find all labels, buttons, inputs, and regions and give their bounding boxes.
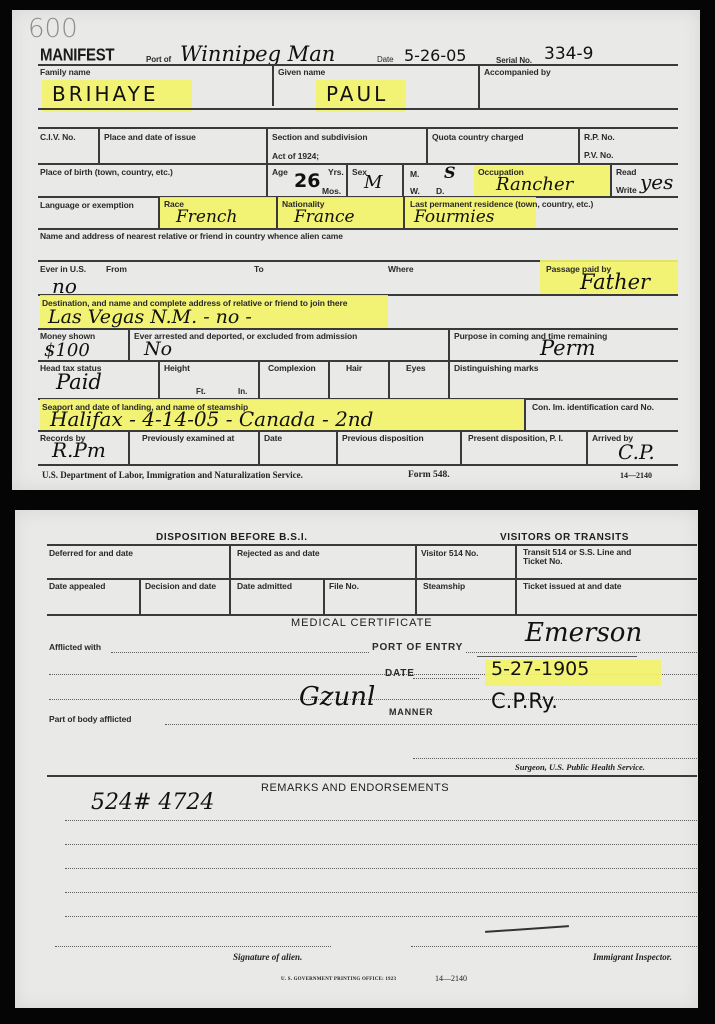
deferred-label: Deferred for and date bbox=[49, 549, 133, 558]
yrs-label: Yrs. bbox=[328, 168, 344, 177]
manner-value: C.P.Ry. bbox=[491, 691, 558, 712]
height-label: Height bbox=[164, 364, 190, 373]
family-name-label: Family name bbox=[40, 68, 90, 77]
marks-label: Distinguishing marks bbox=[454, 364, 538, 373]
signature-alien-label: Signature of alien. bbox=[233, 952, 302, 962]
age-value: 26 bbox=[294, 172, 320, 191]
marital-w-label: W. bbox=[410, 187, 420, 196]
remarks-value: 524# 4724 bbox=[91, 792, 214, 814]
back-footer-code: 14—2140 bbox=[435, 974, 467, 983]
complexion-label: Complexion bbox=[268, 364, 316, 373]
read-label: Read bbox=[616, 168, 636, 177]
last-residence-value: Fourmies bbox=[414, 209, 495, 226]
head-tax-value: Paid bbox=[56, 372, 102, 393]
footer-form-number: Form 548. bbox=[408, 470, 450, 480]
port-label: Port of bbox=[146, 56, 171, 64]
manifest-title: MANIFEST bbox=[40, 45, 114, 65]
date-label: DATE bbox=[385, 669, 415, 679]
footer-code: 14—2140 bbox=[620, 471, 652, 480]
visitor-514-label: Visitor 514 No. bbox=[421, 549, 478, 558]
age-label: Age bbox=[272, 168, 288, 177]
footer-department: U.S. Department of Labor, Immigration an… bbox=[42, 470, 303, 480]
afflicted-label: Afflicted with bbox=[49, 643, 101, 652]
inspector-label: Immigrant Inspector. bbox=[593, 952, 672, 962]
present-disposition-label: Present disposition, P. I. bbox=[468, 434, 563, 443]
eyes-label: Eyes bbox=[406, 364, 425, 373]
con-im-label: Con. Im. identification card No. bbox=[532, 403, 654, 412]
arrived-by-value: C.P. bbox=[618, 442, 655, 462]
rejected-label: Rejected as and date bbox=[237, 549, 320, 558]
date-value: 5-27-1905 bbox=[491, 660, 589, 679]
port-of-entry-label: PORT OF ENTRY bbox=[370, 643, 465, 653]
mos-label: Mos. bbox=[322, 187, 341, 196]
nationality-value: France bbox=[294, 209, 355, 226]
write-label: Write bbox=[616, 186, 637, 195]
file-no-label: File No. bbox=[329, 582, 359, 591]
language-label: Language or exemption bbox=[40, 201, 134, 210]
date2-label: Date bbox=[264, 434, 282, 443]
serial-value: 334-9 bbox=[544, 46, 593, 63]
pv-no-label: P.V. No. bbox=[584, 151, 613, 160]
hair-label: Hair bbox=[346, 364, 362, 373]
visitors-header: VISITORS OR TRANSITS bbox=[500, 532, 629, 543]
marital-s-mark: S bbox=[444, 165, 456, 181]
port-of-entry-value: Emerson bbox=[525, 620, 642, 646]
purpose-value: Perm bbox=[540, 338, 596, 359]
ever-in-us-label: Ever in U.S. bbox=[40, 265, 86, 274]
prev-disposition-label: Previous disposition bbox=[342, 434, 424, 443]
marital-m-label: M. bbox=[410, 170, 419, 179]
occupation-value: Rancher bbox=[496, 176, 573, 194]
decision-label: Decision and date bbox=[145, 582, 216, 591]
accompanied-by-label: Accompanied by bbox=[484, 68, 551, 77]
place-date-issue-label: Place and date of issue bbox=[104, 133, 196, 142]
body-part-label: Part of body afflicted bbox=[49, 715, 131, 724]
to-label: To bbox=[254, 265, 264, 274]
date-label: Date bbox=[377, 56, 394, 64]
family-name-value: BRIHAYE bbox=[52, 84, 159, 104]
arrested-value: No bbox=[144, 340, 172, 359]
seaport-value: Halifax - 4-14-05 - Canada - 2nd bbox=[50, 409, 374, 429]
disposition-header: DISPOSITION BEFORE B.S.I. bbox=[156, 532, 308, 543]
birthplace-label: Place of birth (town, country, etc.) bbox=[40, 168, 173, 177]
money-value: $100 bbox=[44, 342, 90, 360]
medical-header: MEDICAL CERTIFICATE bbox=[291, 617, 433, 629]
prev-examined-label: Previously examined at bbox=[142, 434, 234, 443]
rp-no-label: R.P. No. bbox=[584, 133, 615, 142]
date-value: 5-26-05 bbox=[404, 48, 466, 64]
manifest-card-front: 600 MANIFEST Port of Winnipeg Man Date 5… bbox=[12, 10, 700, 490]
ft-label: Ft. bbox=[196, 388, 206, 396]
civ-no-label: C.I.V. No. bbox=[40, 133, 76, 142]
in-label: In. bbox=[238, 388, 247, 396]
manifest-card-back: DISPOSITION BEFORE B.S.I. VISITORS OR TR… bbox=[15, 510, 698, 1008]
records-by-value: R.Pm bbox=[52, 440, 106, 460]
marital-d-label: D. bbox=[436, 187, 444, 196]
destination-value: Las Vegas N.M. - no - bbox=[48, 308, 252, 327]
steamship-label: Steamship bbox=[423, 582, 465, 591]
transit-514-label: Transit 514 or S.S. Line and Ticket No. bbox=[523, 548, 643, 566]
nearest-relative-label: Name and address of nearest relative or … bbox=[40, 232, 343, 241]
given-name-value: PAUL bbox=[326, 84, 388, 104]
passage-paid-value: Father bbox=[580, 272, 650, 293]
from-label: From bbox=[106, 265, 127, 274]
read-write-value: yes bbox=[640, 172, 673, 192]
surgeon-label: Surgeon, U.S. Public Health Service. bbox=[515, 762, 645, 772]
printing-office: U. S. GOVERNMENT PRINTING OFFICE: 1923 bbox=[281, 977, 396, 982]
remarks-header: REMARKS AND ENDORSEMENTS bbox=[261, 782, 449, 794]
ticket-issued-label: Ticket issued at and date bbox=[523, 582, 621, 591]
manner-label: MANNER bbox=[389, 708, 433, 717]
race-value: French bbox=[176, 209, 237, 226]
sex-value: M bbox=[364, 174, 382, 192]
ever-in-us-value: no bbox=[52, 276, 77, 296]
act-label: Act of 1924; bbox=[272, 152, 319, 161]
manner-signature: Gzunl bbox=[299, 684, 375, 710]
given-name-label: Given name bbox=[278, 68, 325, 77]
date-appealed-label: Date appealed bbox=[49, 582, 105, 591]
port-value: Winnipeg Man bbox=[180, 44, 335, 65]
pencil-number: 600 bbox=[28, 16, 78, 42]
quota-label: Quota country charged bbox=[432, 133, 523, 142]
where-label: Where bbox=[388, 265, 413, 274]
date-admitted-label: Date admitted bbox=[237, 582, 292, 591]
section-label: Section and subdivision bbox=[272, 133, 367, 142]
